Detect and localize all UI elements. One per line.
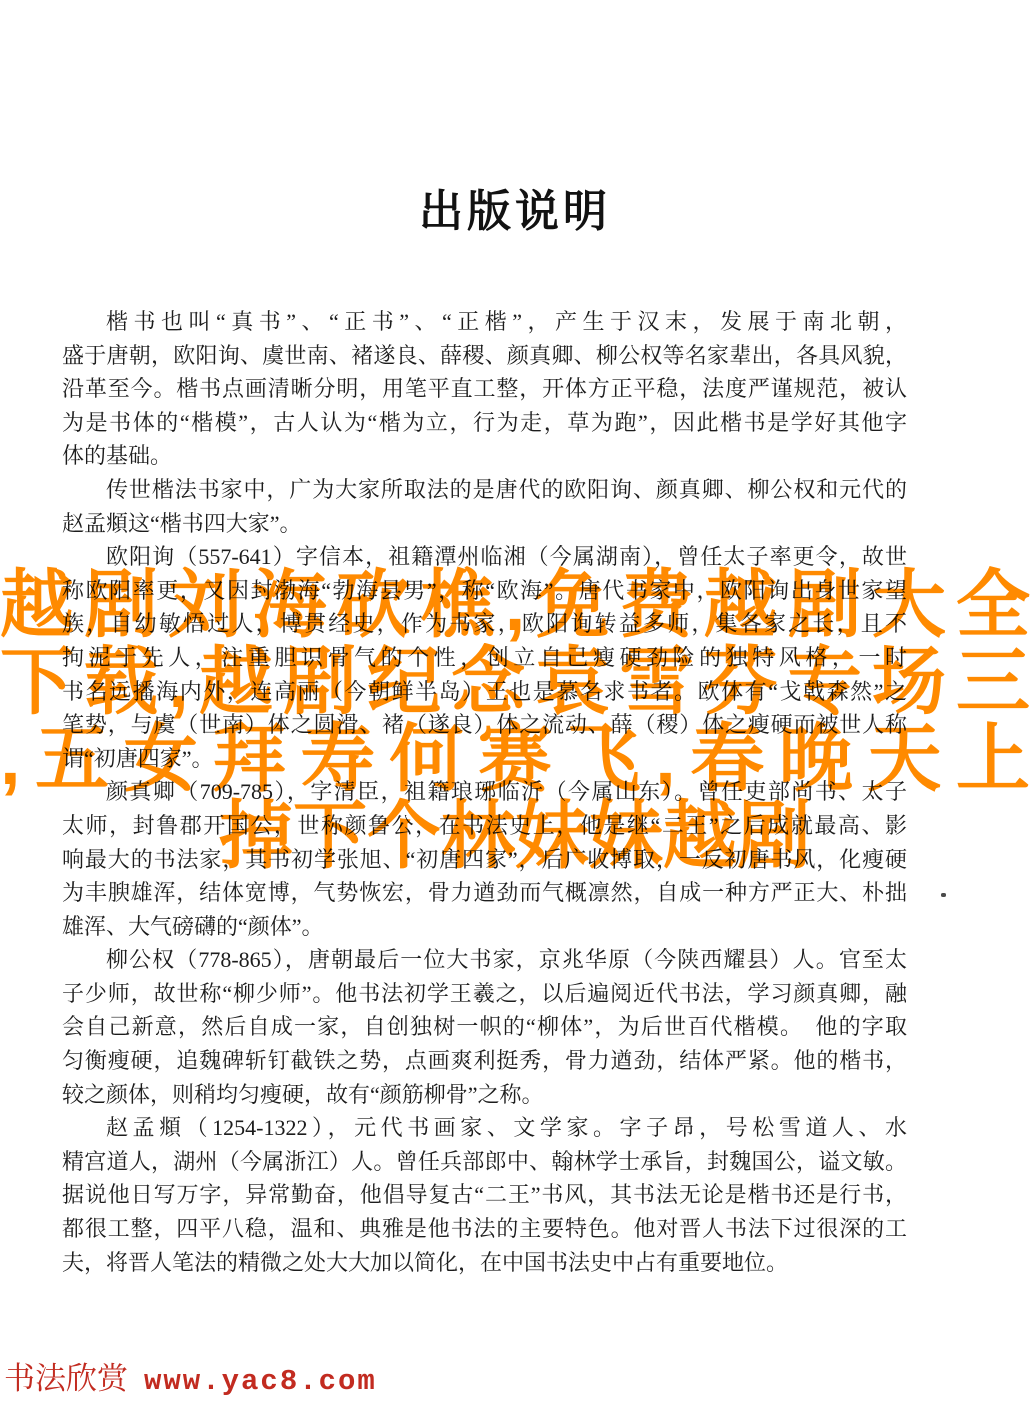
text-line: 匀衡瘦硬，追魏碑斩钉截铁之势，点画爽利挺秀，骨力遒劲，结体严紧。他的楷书， bbox=[62, 1044, 907, 1078]
text-line: 楷书也叫“真书”、“正书”、“正楷”，产生于汉末，发展于南北朝， bbox=[62, 305, 907, 339]
document-body: 楷书也叫“真书”、“正书”、“正楷”，产生于汉末，发展于南北朝，盛于唐朝，欧阳询… bbox=[62, 305, 907, 1279]
text-line: 精宫道人，湖州（今属浙江）人。曾任兵部郎中、翰林学士承旨，封魏国公，谥文敏。 bbox=[62, 1145, 907, 1179]
text-line: 传世楷法书家中，广为大家所取法的是唐代的欧阳询、颜真卿、柳公权和元代的 bbox=[62, 473, 907, 507]
text-line: 雄浑、大气磅礴的“颜体”。 bbox=[62, 910, 907, 944]
text-line: 太师，封鲁郡开国公，世称颜鲁公，在书法史上，他是继“二王”之后成就最高、影 bbox=[62, 809, 907, 843]
text-line: 赵孟頫（1254-1322），元代书画家、文学家。字子昂，号松雪道人、水 bbox=[62, 1111, 907, 1145]
text-line: 为是书体的“楷模”，古人认为“楷为立，行为走，草为跑”，因此楷书是学好其他字 bbox=[62, 406, 907, 440]
text-line: 赵孟頫这“楷书四大家”。 bbox=[62, 507, 907, 541]
text-line: 谓“初唐四家”。 bbox=[62, 742, 907, 776]
site-watermark: 书法欣赏 www.yac8.com bbox=[4, 1362, 377, 1399]
text-line: 夫，将晋人笔法的精微之处大大加以简化，在中国书法史中占有重要地位。 bbox=[62, 1246, 907, 1280]
text-line: 体的基础。 bbox=[62, 439, 907, 473]
text-line: 据说他日写万字，异常勤奋，他倡导复古“二王”书风，其书法无论是楷书还是行书， bbox=[62, 1178, 907, 1212]
text-line: 响最大的书法家，其书初学张旭、“初唐四家”，后广收博取，一反初唐书风，化瘦硬 bbox=[62, 843, 907, 877]
text-line: 都很工整，四平八稳，温和、典雅是他书法的主要特色。他对晋人书法下过很深的工 bbox=[62, 1212, 907, 1246]
text-line: 拘泥于先人，注重胆识骨气的个性，创立自己瘦硬劲险的独特风格，一时 bbox=[62, 641, 907, 675]
text-line: 较之颜体，则稍均匀瘦硬，故有“颜筋柳骨”之称。 bbox=[62, 1078, 907, 1112]
text-line: 书名远播海内外，连高丽（今朝鲜半岛）王也是慕名求书者。欧体有“戈戟森然”之 bbox=[62, 675, 907, 709]
text-line: 称欧阳率更，又因封渤海“勃海县男”，称“欧海”。唐代书家中，欧阳询出身世家望 bbox=[62, 574, 907, 608]
text-line: 柳公权（778-865），唐朝最后一位大书家，京兆华原（今陕西耀县）人。官至太 bbox=[62, 943, 907, 977]
text-line: 族，自幼敏悟过人，博贯经史，作为书家，欧阳询转益多师，集各家之长，且不 bbox=[62, 607, 907, 641]
text-line: 子少师，故世称“柳少师”。他书法初学王羲之，以后遍阅近代书法，学习颜真卿，融 bbox=[62, 977, 907, 1011]
scanned-page: 出版说明 楷书也叫“真书”、“正书”、“正楷”，产生于汉末，发展于南北朝，盛于唐… bbox=[0, 0, 1030, 1416]
text-line: 颜真卿（709-785），字清臣，祖籍琅琊临沂（今属山东）。曾任吏部尚书、太子 bbox=[62, 775, 907, 809]
text-line: 笔势，与虞（世南）体之圆滑、褚（遂良）体之流动、薛（稷）体之瘦硬而被世人称 bbox=[62, 708, 907, 742]
scan-speck-artifact bbox=[941, 893, 946, 897]
text-line: 为丰腴雄浑，结体宽博，气势恢宏，骨力遒劲而气概凛然，自成一种方严正大、朴拙 bbox=[62, 876, 907, 910]
site-watermark-name: 书法欣赏 bbox=[4, 1362, 128, 1396]
site-watermark-url: www.yac8.com bbox=[144, 1365, 377, 1399]
text-line: 盛于唐朝，欧阳询、虞世南、褚遂良、薛稷、颜真卿、柳公权等名家辈出，各具风貌， bbox=[62, 339, 907, 373]
page-title: 出版说明 bbox=[0, 188, 1030, 236]
text-line: 会自己新意，然后自成一家，自创独树一帜的“柳体”，为后世百代楷模。 他的字取 bbox=[62, 1010, 907, 1044]
text-line: 沿革至今。楷书点画清晰分明，用笔平直工整，开体方正平稳，法度严谨规范，被认 bbox=[62, 372, 907, 406]
text-line: 欧阳询（557-641）字信本，祖籍潭州临湘（今属湖南），曾任太子率更令，故世 bbox=[62, 540, 907, 574]
